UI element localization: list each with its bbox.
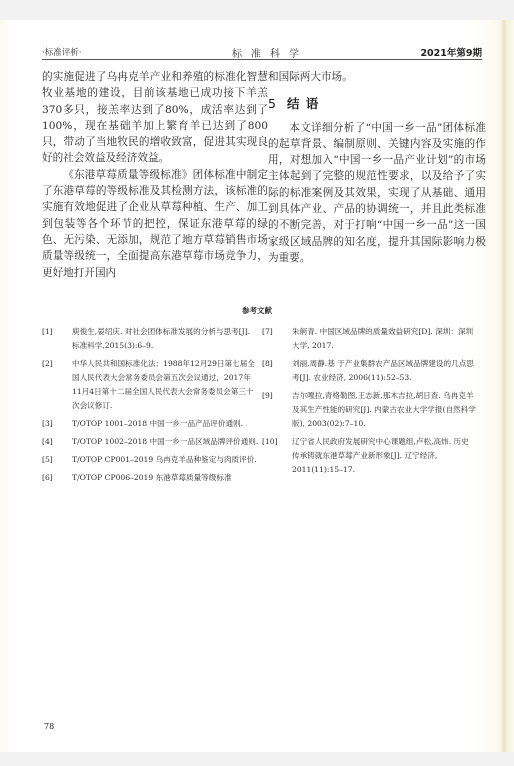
section-heading: 5结 语 — [268, 96, 486, 112]
reference-number: [9] — [262, 389, 273, 403]
reference-text: 庾俊生,晏绍庆. 对社会团体标准发展的分析与思考[J]. 标准科学,2015(3… — [72, 327, 250, 350]
right-text-column: 和国际两大市场。 5结 语 本文详细分析了“中国一乡一品”团体标准的起草背景、编… — [268, 69, 486, 266]
references-right-column: [7]朱舸青. 中国区域品牌的质量效益研究[D]. 深圳：深圳大学, 2017.… — [262, 325, 476, 481]
body-paragraph: 《东港草莓质量等级标准》团体标准中制定了东港草莓的等级标准及其检测方法，该标准的… — [42, 167, 268, 281]
left-text-column: 的实施促进了乌冉克羊产业和养殖的标准化智慧牧业基地的建设，目前该基地已成功接下羊… — [42, 69, 268, 281]
reference-text: 吉尔嘎拉,青格勒图,王志新,那木吉拉,胡日查. 乌冉克羊及其生产性能的研究[J]… — [292, 391, 476, 428]
issue-label: 2021年第9期 — [420, 45, 482, 59]
reference-item: [5]T/OTOP CP001–2019 乌冉克羊品种鉴定与肉质评价. — [42, 453, 260, 467]
reference-item: [8]刘丽,周静.基 于产业集群农产品区域品牌建设的几点思考[J]. 农业经济,… — [262, 357, 476, 385]
reference-text: T/OTOP CP006–2019 东港草莓质量等级标准 — [72, 473, 232, 482]
reference-item: [9]吉尔嘎拉,青格勒图,王志新,那木吉拉,胡日查. 乌冉克羊及其生产性能的研究… — [262, 389, 476, 431]
reference-number: [4] — [42, 435, 53, 449]
reference-number: [8] — [262, 357, 273, 371]
page-number: 78 — [44, 722, 54, 731]
reference-item: [6]T/OTOP CP006–2019 东港草莓质量等级标准 — [42, 471, 260, 485]
reference-text: 中华人民共和国标准化法：1988年12月29日第七届全国人民代表大会常务委员会第… — [72, 359, 255, 410]
reference-item: [2]中华人民共和国标准化法：1988年12月29日第七届全国人民代表大会常务委… — [42, 357, 260, 413]
reference-number: [2] — [42, 357, 53, 371]
page-header: ·标准评析· 标准科学 2021年第9期 — [42, 45, 482, 60]
references-heading: 参考文献 — [0, 305, 514, 316]
reference-item: [1]庾俊生,晏绍庆. 对社会团体标准发展的分析与思考[J]. 标准科学,201… — [42, 325, 260, 353]
section-number: 5 — [268, 96, 277, 111]
reference-number: [3] — [42, 417, 53, 431]
reference-number: [7] — [262, 325, 273, 339]
section-title: 结 语 — [287, 96, 319, 111]
reference-number: [6] — [42, 471, 53, 485]
reference-text: 刘丽,周静.基 于产业集群农产品区域品牌建设的几点思考[J]. 农业经济, 20… — [292, 359, 474, 382]
body-paragraph: 和国际两大市场。 — [268, 69, 486, 85]
reference-item: [7]朱舸青. 中国区域品牌的质量效益研究[D]. 深圳：深圳大学, 2017. — [262, 325, 476, 353]
reference-text: T/OTOP CP001–2019 乌冉克羊品种鉴定与肉质评价. — [72, 455, 257, 464]
section-label: ·标准评析· — [42, 46, 81, 58]
journal-title: 标准科学 — [232, 45, 308, 60]
reference-number: [5] — [42, 453, 53, 467]
reference-item: [10]辽宁省人民政府发展研究中心课题组,卢松,高炜. 历史传承铸就东港草莓产业… — [262, 435, 476, 477]
body-paragraph: 本文详细分析了“中国一乡一品”团体标准的起草背景、编制原则、关键内容及实施的作用… — [268, 120, 486, 267]
body-paragraph: 的实施促进了乌冉克羊产业和养殖的标准化智慧牧业基地的建设，目前该基地已成功接下羊… — [42, 69, 268, 167]
reference-number: [10] — [262, 435, 278, 449]
reference-item: [3]T/OTOP 1001–2018 中国一乡一品产品评价通则. — [42, 417, 260, 431]
reference-text: T/OTOP 1001–2018 中国一乡一品产品评价通则. — [72, 419, 243, 428]
reference-text: T/OTOP 1002–2018 中国一乡一品区域品牌评价通则. — [72, 437, 258, 446]
references-left-column: [1]庾俊生,晏绍庆. 对社会团体标准发展的分析与思考[J]. 标准科学,201… — [42, 325, 260, 489]
reference-number: [1] — [42, 325, 53, 339]
reference-text: 辽宁省人民政府发展研究中心课题组,卢松,高炜. 历史传承铸就东港草莓产业新形象[… — [292, 437, 469, 474]
reference-item: [4]T/OTOP 1002–2018 中国一乡一品区域品牌评价通则. — [42, 435, 260, 449]
reference-text: 朱舸青. 中国区域品牌的质量效益研究[D]. 深圳：深圳大学, 2017. — [292, 327, 473, 350]
